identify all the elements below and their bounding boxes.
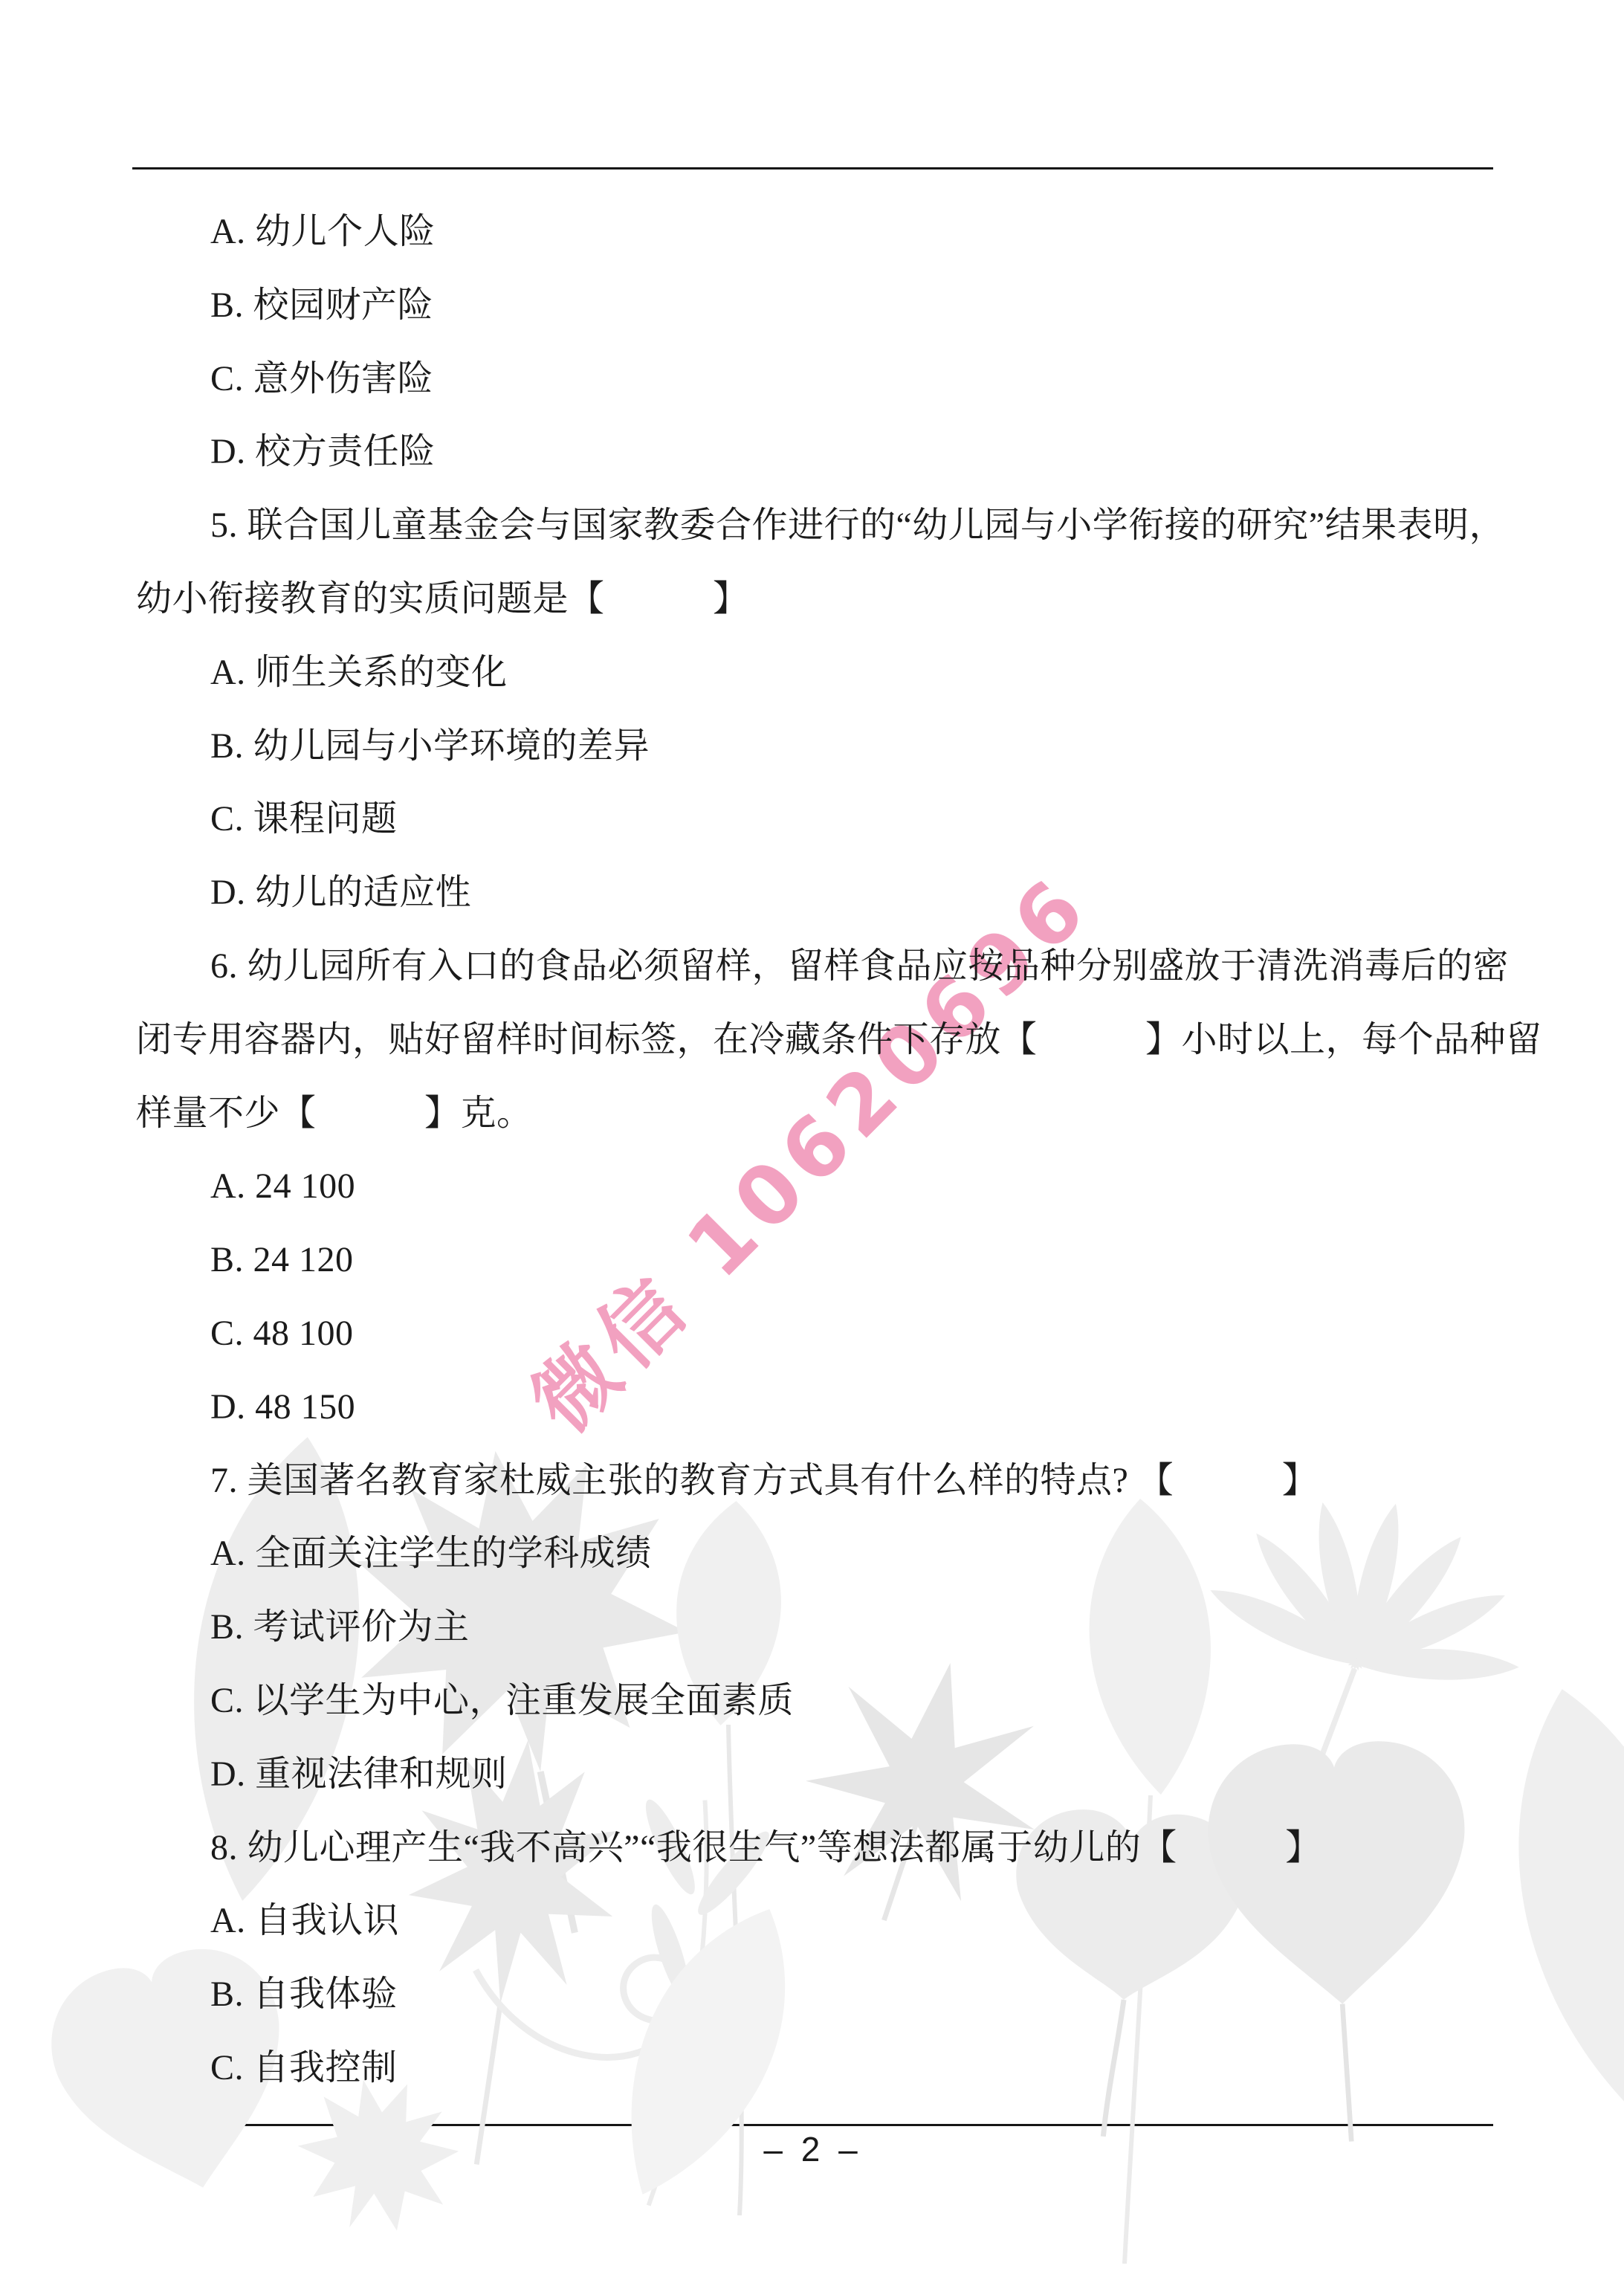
option-line: C. 自我控制 <box>136 2032 1504 2105</box>
exam-page: 微信 10620696 A. 幼儿个人险B. 校园财产险C. 意外伤害险D. 校… <box>0 0 1624 2283</box>
question-stem-line: 闭专用容器内，贴好留样时间标签，在冷藏条件下存放【 】小时以上，每个品种留 <box>136 1004 1504 1077</box>
exam-question-text: A. 幼儿个人险B. 校园财产险C. 意外伤害险D. 校方责任险5. 联合国儿童… <box>136 196 1504 2105</box>
option-line: C. 课程问题 <box>136 783 1504 856</box>
option-line: D. 48 150 <box>136 1371 1504 1444</box>
option-line: A. 自我认识 <box>136 1885 1504 1958</box>
question-stem-line: 6. 幼儿园所有入口的食品必须留样，留样食品应按品种分别盛放于清洗消毒后的密 <box>136 930 1504 1004</box>
option-line: A. 师生关系的变化 <box>136 636 1504 710</box>
question-stem-line: 7. 美国著名教育家杜威主张的教育方式具有什么样的特点? 【 】 <box>136 1444 1504 1518</box>
option-line: B. 24 120 <box>136 1224 1504 1297</box>
question-stem-line: 样量不少【 】克。 <box>136 1077 1504 1151</box>
option-line: A. 全面关注学生的学科成绩 <box>136 1517 1504 1591</box>
option-line: A. 24 100 <box>136 1150 1504 1224</box>
page-number: – 2 – <box>132 2129 1493 2169</box>
option-line: C. 48 100 <box>136 1297 1504 1371</box>
option-line: B. 自我体验 <box>136 1958 1504 2032</box>
option-line: D. 重视法律和规则 <box>136 1738 1504 1812</box>
option-line: D. 校方责任险 <box>136 416 1504 489</box>
option-line: A. 幼儿个人险 <box>136 196 1504 269</box>
question-stem-line: 幼小衔接教育的实质问题是【 】 <box>136 563 1504 636</box>
question-stem-line: 8. 幼儿心理产生“我不高兴”“我很生气”等想法都属于幼儿的【 】 <box>136 1812 1504 1885</box>
option-line: B. 幼儿园与小学环境的差异 <box>136 710 1504 784</box>
option-line: C. 意外伤害险 <box>136 343 1504 416</box>
option-line: C. 以学生为中心，注重发展全面素质 <box>136 1664 1504 1738</box>
option-line: B. 考试评价为主 <box>136 1591 1504 1664</box>
option-line: D. 幼儿的适应性 <box>136 856 1504 930</box>
option-line: B. 校园财产险 <box>136 269 1504 343</box>
question-stem-line: 5. 联合国儿童基金会与国家教委合作进行的“幼儿园与小学衔接的研究”结果表明， <box>136 489 1504 563</box>
